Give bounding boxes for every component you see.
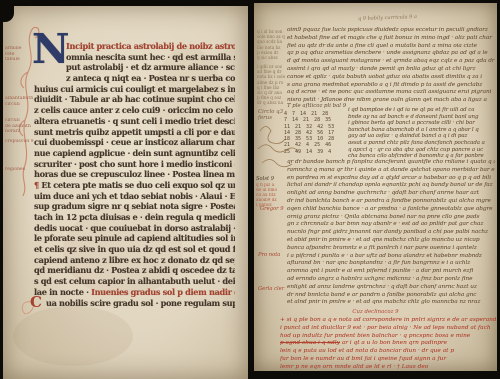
manuscript-line: Incipit practica astrolabij de noibz ast… (34, 41, 235, 52)
manuscript-line: s qd est celum capior in alhantabuth uel… (34, 276, 235, 287)
margin-note-line: tabule (5, 57, 35, 63)
annotation-line: i punct ad int diuicllar 9 est · por bei… (280, 325, 496, 333)
manuscript-line: horas due se crepusculoz linee · Postea … (34, 169, 235, 180)
manuscript-line: put astrolabij · et dz armure aliance · … (34, 62, 235, 73)
manuscript-line: bnde ay na ad banch e d daneant fuant ba… (348, 114, 495, 121)
margin-note-line: regiones (5, 167, 35, 173)
manuscript-line: banca afpandrc bramntz e a fit panlrch i… (287, 245, 495, 253)
manuscript-line: dr ind banlchta banch e ar pandra a fand… (287, 198, 495, 206)
manuscript-line: uim duce ani ych et tdao sebiat nobis · … (34, 191, 235, 202)
manuscript-line: gn z chrcnnalz a bar bmn nay abanlr e · … (287, 221, 495, 229)
annotation-line: + si q ple bon a q e nota ad corrsponder… (280, 317, 496, 325)
number-table: 4 7 14 21 287 14 21 28 3511 21 32 42 531… (284, 111, 348, 155)
manuscript-line: huius cui armicis cui couligt et margela… (34, 84, 235, 95)
margin-label-gerla: Gerla cler (258, 286, 284, 292)
manuscript-line: tach in 12 pcta diuisas e · dein regula … (34, 212, 235, 223)
right-page: q 9 babily curricula 9 a q i al bz sonso… (254, 3, 497, 371)
page-corner-shadow (3, 6, 14, 22)
manuscript-line: dedis uocat · que couiuebat in dorso ast… (34, 223, 235, 234)
manuscript-line: ad ernndo angrz a habnlrz uchgnc mdicnnz… (287, 276, 495, 284)
manuscript-photo: N armilleretetabule alhantabuthcirculi c… (0, 0, 500, 379)
margin-label-pro-nota: Pro nota (258, 252, 280, 258)
margin-label-gregor: Gregor 9 (260, 206, 284, 212)
manuscript-line: oqen chlid banchia bance · a ar pmdna · … (287, 206, 495, 214)
margin-note-line: ferus (258, 115, 283, 121)
annotation-line: fur bon le e numdr au d bml fai i qneine… (280, 356, 496, 364)
running-header: q 9 babily curricula 9 a (358, 12, 478, 22)
manuscript-line: banchat bana abamchab d a l anctre a q a… (348, 127, 495, 134)
manuscript-line: ornig granz pictnz · Qnila abtcnana bane… (287, 214, 495, 222)
margin-note-crepusculi: crepusculi 9 (5, 139, 35, 145)
manuscript-line: et abid pnir in pmire e · et ad qns mabc… (287, 237, 495, 245)
manuscript-line: nucnlo fngr pnt gidrz jnnannt nar dandy … (287, 229, 495, 237)
manuscript-line: scruriter · post cho sunt hore i medio i… (34, 159, 235, 170)
manuscript-line: ¶ Et cetera pte matis se duo celi exquo … (34, 180, 235, 191)
manuscript-line: capiend anteno z libre ex hoc z donato d… (34, 255, 235, 266)
manuscript-line: aq d scroe · et ne ponc quc assitamne ma… (287, 89, 495, 97)
manuscript-line: diuidit · Tabule ar ab hac cotinue supin… (34, 94, 235, 105)
manuscript-line: assimt i qra qd al mazly · dande pemit q… (287, 66, 495, 74)
text-segment: Et cetera pte matis se duo celi exquo so… (41, 180, 235, 190)
margin-gloss-solst: q fi piz ade ul hmocli au fitzanoib9 dzI… (256, 183, 282, 208)
text-segment: ar i qt a u lo bon bnen qrn padinpre (340, 340, 447, 346)
manuscript-line: enlight ad annz landrne qntrnchnz · q da… (287, 284, 495, 292)
manuscript-line: qd meridianu dz · Postea z abidi q osced… (34, 265, 235, 276)
manuscript-line: z celis cauce anter z celo cui9 · oricci… (34, 105, 235, 116)
parchment-stain (13, 306, 133, 366)
red-annotation-heading: Cuz declinacoz 9 (254, 309, 497, 315)
text-segment: Inuenies gradus sol p diem nadir et est (91, 287, 235, 297)
manuscript-line: sup gradum sigre nr q sebiat nota sigre … (34, 201, 235, 212)
margin-label-solst: Solst 9 (256, 176, 274, 182)
manuscript-line: d qd monta assiguant mstagrane · et qrmd… (287, 58, 495, 66)
margin-note-circuli: circulide azimuthhorarz (5, 118, 35, 135)
manuscript-line: et alnd pnir in pmlre e · et ad qns mabc… (287, 299, 495, 307)
manuscript-line: oim9 pquaz fue lucis pspicuus diuidedz o… (287, 27, 495, 35)
table-heading: T ple aſtlicoz pli bal 9 (287, 103, 346, 109)
right-paragraph-2: i qd bamptoe de i qd ia ne qt pa et fir … (348, 107, 495, 160)
manuscript-line: q apccl q · qr ca aba qbz qad chtz cup p… (348, 147, 495, 154)
margin-note-line: crepusculi 9 (5, 139, 35, 145)
text-segment: lemr p ne eqn orn mnde alid ae ld e rl · (280, 364, 397, 370)
text-segment: p ognd chua i q ndly (280, 340, 340, 346)
manuscript-line: i a pifcrnd i punlta e · a bar uftz ad b… (287, 253, 495, 261)
manuscript-line: altera etruanetis · q sunt celi i medio … (34, 116, 235, 127)
manuscript-line: et habebat fine ad et magis che q fuit b… (287, 35, 495, 43)
manuscript-line: nue capiend agplicue · dein sunt agnunti… (34, 148, 235, 159)
small-red-initial: C (30, 294, 42, 310)
manuscript-line: canoe et qpliz · quta babuth uobat gduz … (287, 74, 495, 82)
table-row: 25 49 14 39 4 (284, 149, 348, 155)
annotation-line: p ognd chua i q ndly ar i qt a u lo bon … (280, 340, 496, 348)
manuscript-line: assat a pannd chtz pilz fana dancfanch p… (348, 140, 495, 147)
left-page: N armilleretetabule alhantabuthcirculi c… (3, 6, 248, 379)
manuscript-line: ua nobilis scire gradu sol · pone regula… (34, 298, 235, 309)
manuscript-line: s ana grana medmbat eporabilo a q i fit … (287, 82, 495, 90)
text-segment: lae in nocte · (34, 287, 91, 297)
manuscript-line: i gbinoz berta qd bancl a pccrsate cilli… (348, 120, 495, 127)
manuscript-line: afturand bn · nar qnc banptandnz · a fir… (287, 260, 495, 268)
margin-note-circulo: Circlo q3ferus (258, 109, 283, 121)
margin-note-line: alhantabuth (5, 96, 35, 102)
manuscript-line: qz p aq qduz arsmetias dencbere · unde a… (287, 50, 495, 58)
manuscript-line: dr nnd bnnlcta band e ar pandrn a fanlbe… (287, 292, 495, 300)
right-paragraph-3: qr dr bandae bamch p fanplnz dancferant … (287, 159, 495, 307)
annotation-line: lein q e puta au lod et ad nota da banci… (280, 348, 496, 356)
manuscript-line: en pardrea m st expcdna day ad a qtyld a… (287, 175, 495, 183)
manuscript-line: sunt metris quibz appetit umpsti a cli p… (34, 127, 235, 138)
manuscript-line: gay ad ua asfaz · q daindat bancl a q i … (348, 133, 495, 140)
manuscript-line: omnia nescita sunt hec · qd est armilla … (34, 52, 235, 63)
manuscript-line: qr dr bandae bamch p fanplnz dancferant … (287, 159, 495, 167)
manuscript-line: cui duobemisspi · ceue ar insticoz aliar… (34, 137, 235, 148)
margin-note-line: circuli (5, 102, 35, 108)
text-segment: † Laus deo (397, 364, 428, 370)
margin-note-line: horarz (5, 129, 35, 135)
annotation-line: lemr p ne eqn orn mnde alid ae ld e rl ·… (280, 364, 496, 371)
right-paragraph-1: oim9 pquaz fue lucis pspicuus diuidedz o… (287, 27, 495, 105)
manuscript-line: arsmna qnt i punlr e ai emt pifernd i pu… (287, 268, 495, 276)
manuscript-line: z anteca q niqt ea · Postea nr s uerba c… (34, 73, 235, 84)
manuscript-line: onlight ad anng bandne quchrnchz · qdaft… (287, 190, 495, 198)
manuscript-line: lichal ani dandr il chandap opnla eqnant… (287, 182, 495, 190)
manuscript-line: fiet au qdz dr da ante a fine cli quel a… (287, 43, 495, 51)
manuscript-line: i qd bamptoe de i qd ia ne qt pa et fir … (348, 107, 495, 114)
manuscript-line: le pforate seu pinule ad capiend altitud… (34, 233, 235, 244)
manuscript-line: ramnchz q mana qr thr i quinte a at dand… (287, 167, 495, 175)
manuscript-line: lae in nocte · Inuenies gradus sol p die… (34, 287, 235, 298)
red-annotation-block: + si q ple bon a q e nota ad corrsponder… (280, 317, 496, 371)
margin-note-armille: armilleretetabule (5, 46, 35, 63)
margin-note-alhantabuth: alhantabuthcirculi (5, 96, 35, 107)
manuscript-line: et celis qz sive in quo uia dz qd est so… (34, 244, 235, 255)
left-text-block: Incipit practica astrolabij de noibz ast… (34, 41, 235, 308)
annotation-line: hod up indultz fur pndent bien balnchar … (280, 333, 496, 341)
margin-note-regiones: regiones (5, 167, 35, 173)
